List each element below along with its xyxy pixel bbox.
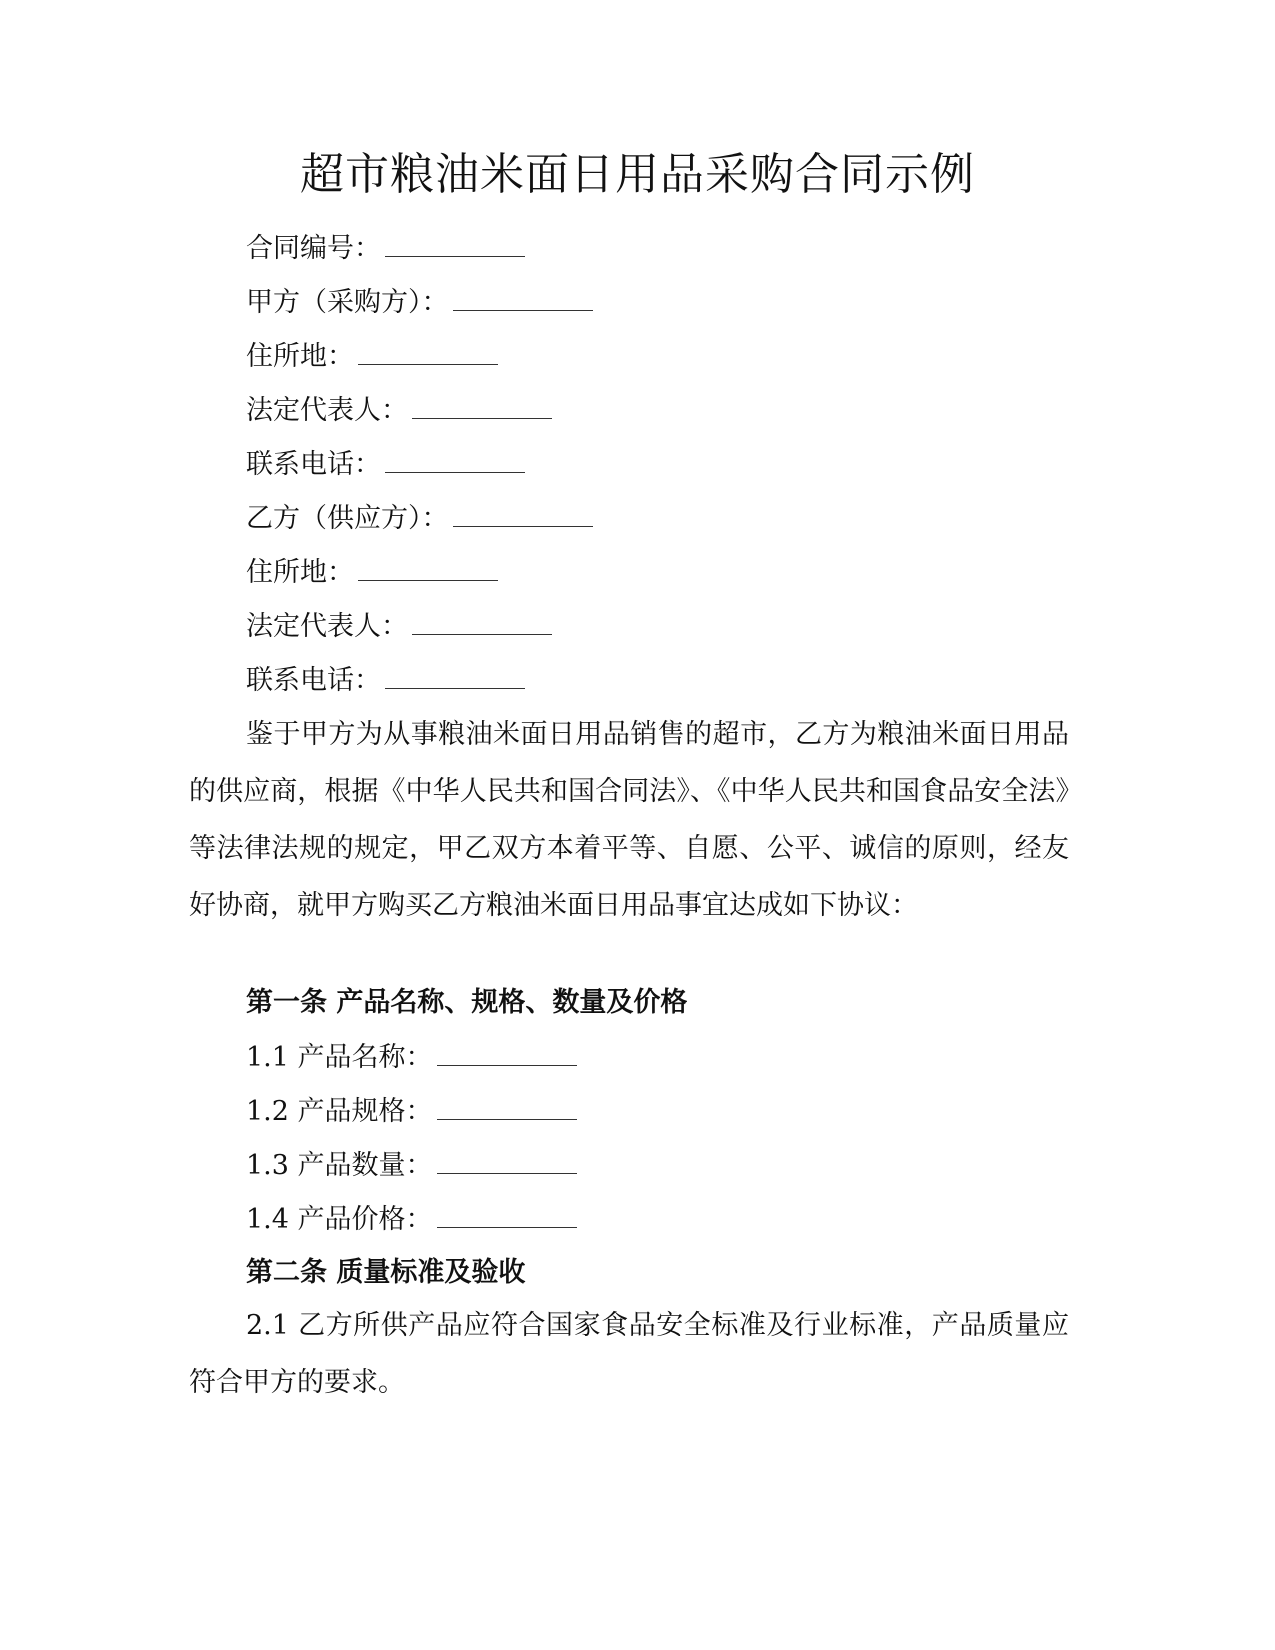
field-party-a-representative: 法定代表人： (246, 392, 552, 429)
preamble-paragraph: 鉴于甲方为从事粮油米面日用品销售的超市，乙方为粮油米面日用品的供应商，根据《中华… (189, 706, 1069, 934)
blank-line[interactable] (358, 554, 498, 581)
blank-line[interactable] (385, 662, 525, 689)
item-product-name: 1.1 产品名称： (246, 1039, 577, 1076)
field-label: 法定代表人： (246, 395, 408, 426)
item-product-spec: 1.2 产品规格： (246, 1093, 577, 1130)
field-label: 联系电话： (246, 449, 381, 480)
blank-line[interactable] (437, 1147, 577, 1174)
blank-line[interactable] (385, 230, 525, 257)
field-party-a-address: 住所地： (246, 338, 498, 375)
blank-line[interactable] (437, 1201, 577, 1228)
item-label: 1.2 产品规格： (246, 1096, 433, 1127)
field-party-a-phone: 联系电话： (246, 446, 525, 483)
item-label: 1.3 产品数量： (246, 1150, 433, 1181)
section-1-heading: 第一条 产品名称、规格、数量及价格 (246, 985, 687, 1021)
section-2-heading: 第二条 质量标准及验收 (246, 1255, 525, 1291)
blank-line[interactable] (412, 608, 552, 635)
field-label: 联系电话： (246, 665, 381, 696)
field-label: 乙方（供应方）： (246, 503, 449, 534)
item-label: 1.4 产品价格： (246, 1204, 433, 1235)
blank-line[interactable] (437, 1093, 577, 1120)
document-title: 超市粮油米面日用品采购合同示例 (0, 145, 1275, 205)
blank-line[interactable] (453, 284, 593, 311)
item-product-price: 1.4 产品价格： (246, 1201, 577, 1238)
field-label: 合同编号： (246, 233, 381, 264)
field-label: 法定代表人： (246, 611, 408, 642)
field-party-b-phone: 联系电话： (246, 662, 525, 699)
field-label: 住所地： (246, 341, 354, 372)
field-label: 住所地： (246, 557, 354, 588)
item-label: 1.1 产品名称： (246, 1042, 433, 1073)
field-party-b-address: 住所地： (246, 554, 498, 591)
field-label: 甲方（采购方）： (246, 287, 449, 318)
field-contract-number: 合同编号： (246, 230, 525, 267)
field-party-b-representative: 法定代表人： (246, 608, 552, 645)
blank-line[interactable] (385, 446, 525, 473)
blank-line[interactable] (453, 500, 593, 527)
item-product-quantity: 1.3 产品数量： (246, 1147, 577, 1184)
blank-line[interactable] (412, 392, 552, 419)
blank-line[interactable] (358, 338, 498, 365)
section-2-paragraph: 2.1 乙方所供产品应符合国家食品安全标准及行业标准，产品质量应符合甲方的要求。 (189, 1297, 1069, 1411)
field-party-a: 甲方（采购方）： (246, 284, 593, 321)
blank-line[interactable] (437, 1039, 577, 1066)
field-party-b: 乙方（供应方）： (246, 500, 593, 537)
